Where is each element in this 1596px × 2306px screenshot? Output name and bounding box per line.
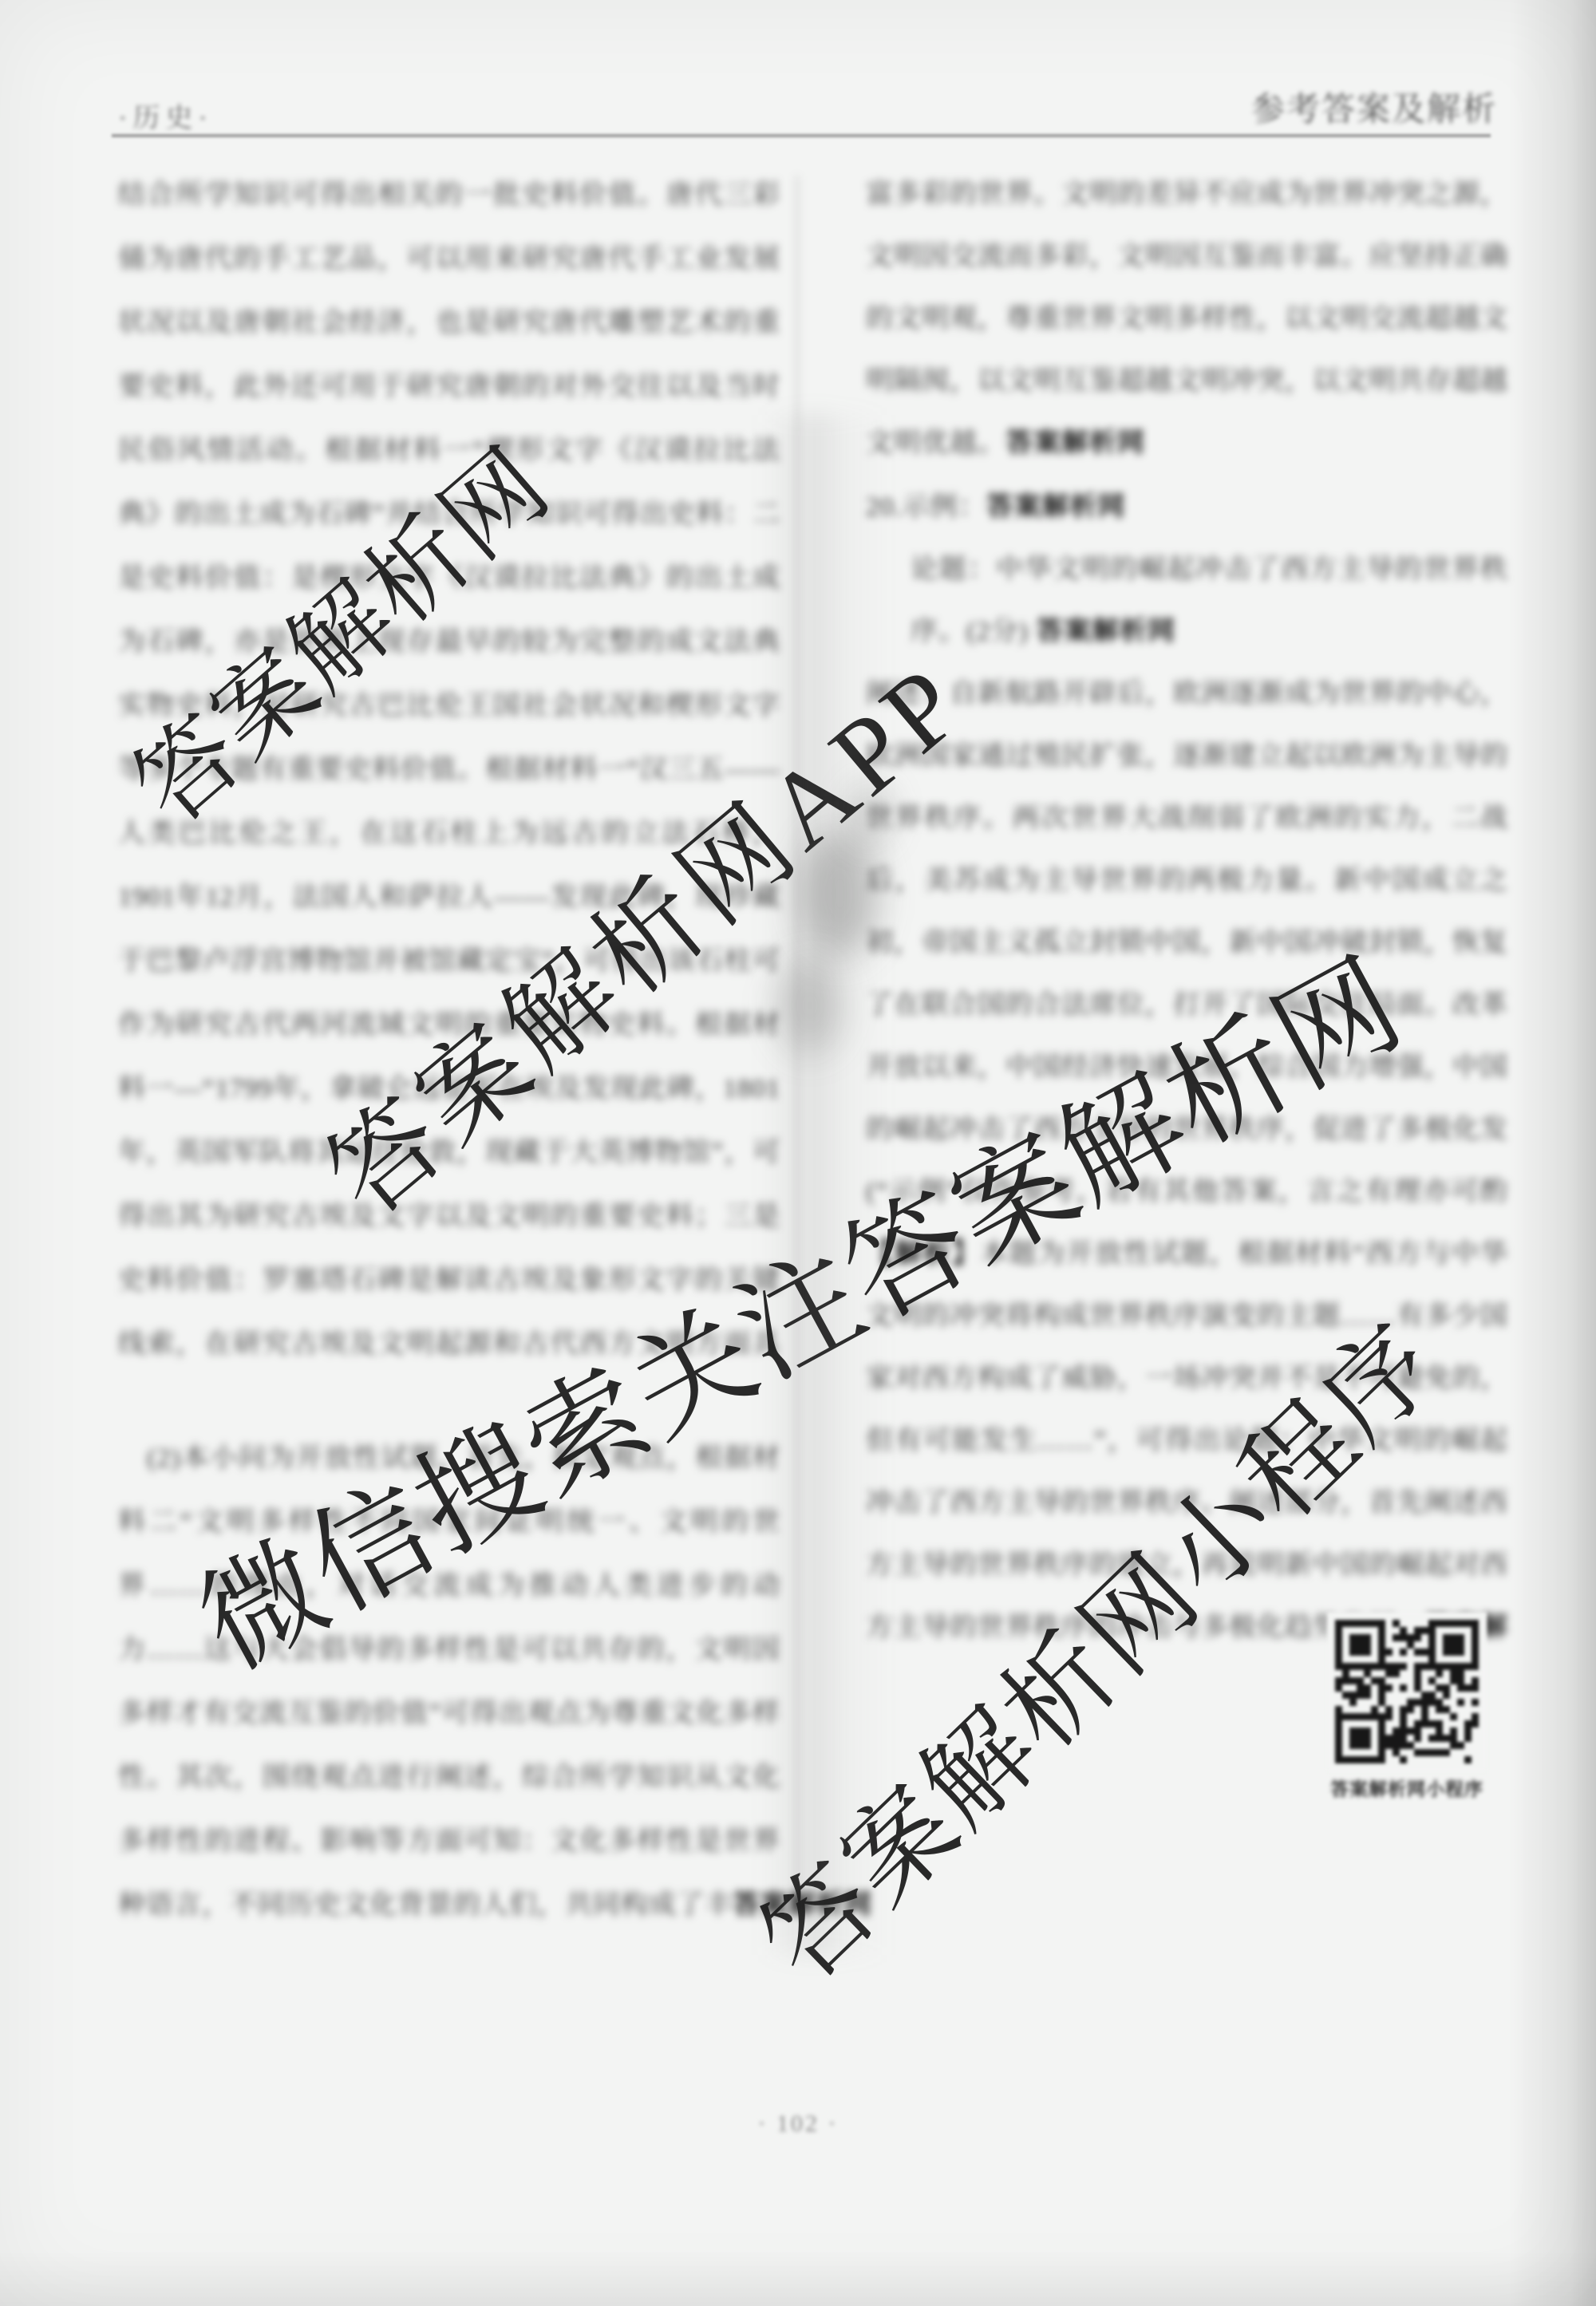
last-line-text: 种语言，不同历史文化背景的人们，共同构成了丰 [118, 1890, 733, 1920]
continuation-text: 富多彩的世界。文明的差异不应成为世界冲突之源，文明因交流而多彩，文明因互鉴而丰富… [866, 180, 1508, 458]
question-number: 20.示例： [866, 492, 986, 522]
site-stamp: 答案解析网 [986, 492, 1126, 522]
header-rule [112, 134, 1491, 137]
page-edge-shadow-bottom [0, 2250, 1596, 2306]
site-stamp: 答案解析网 [1005, 428, 1145, 458]
page-number: · 102 · [0, 2111, 1596, 2138]
question-20-heading: 20.示例：答案解析网 [866, 476, 1508, 539]
subject-label: ·历史· [118, 96, 213, 135]
page-edge-shadow-right [1508, 0, 1596, 2306]
qr-caption: 答案解析网小程序 [1319, 1775, 1495, 1801]
page-title: 参考答案及解析 [1251, 83, 1497, 131]
scan-smudge [778, 958, 842, 1053]
thesis-text: 论题：中华文明的崛起冲击了西方主导的世界秩序。(2分) [911, 555, 1508, 646]
center-fold-line [795, 176, 800, 1915]
scanned-answer-page: ·历史· 参考答案及解析 结合所学知识可得出相关的一批史料价值。唐代三彩俑为唐代… [0, 0, 1596, 2306]
thesis-paragraph: 论题：中华文明的崛起冲击了西方主导的世界秩序。(2分) 答案解析网 [866, 539, 1508, 663]
qr-code [1327, 1612, 1487, 1771]
right-column-continuation: 富多彩的世界。文明的差异不应成为世界冲突之源，文明因交流而多彩，文明因互鉴而丰富… [866, 164, 1508, 475]
site-stamp: 答案解析网 [1036, 617, 1175, 646]
